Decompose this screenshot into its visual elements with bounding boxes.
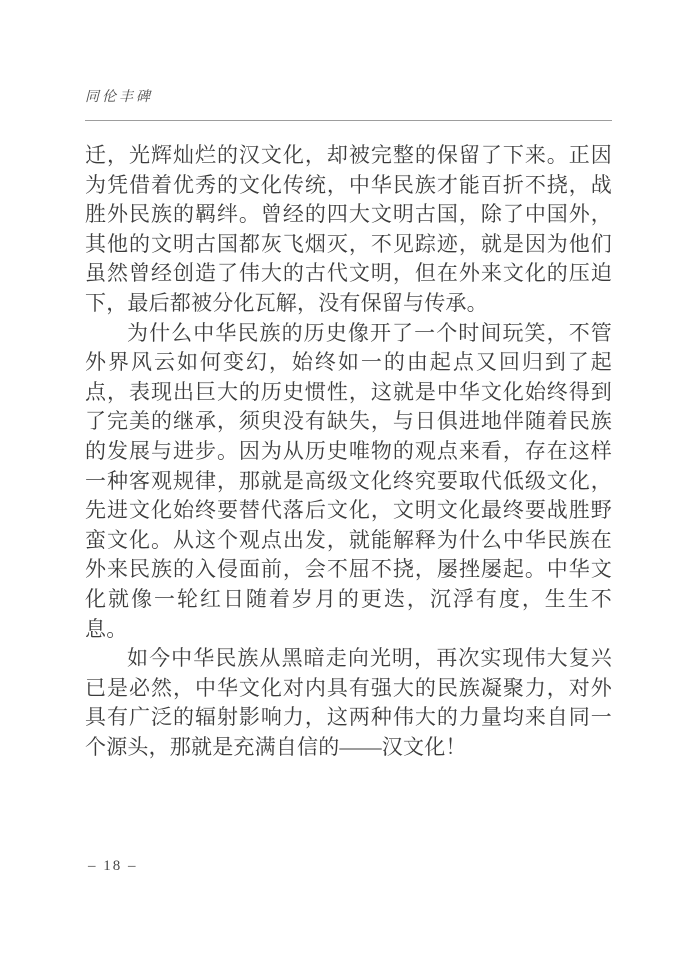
running-header: 同伦丰碑 (85, 88, 612, 108)
page-number: – 18 – (88, 858, 138, 875)
header-rule (85, 120, 612, 121)
body-text: 迁，光辉灿烂的汉文化，却被完整的保留了下来。正因为凭借着优秀的文化传统，中华民族… (85, 141, 612, 762)
paragraph-1: 迁，光辉灿烂的汉文化，却被完整的保留了下来。正因为凭借着优秀的文化传统，中华民族… (85, 141, 612, 319)
running-header-title: 同伦丰碑 (85, 88, 153, 108)
paragraph-3: 如今中华民族从黑暗走向光明，再次实现伟大复兴已是必然，中华文化对内具有强大的民族… (85, 644, 612, 762)
paragraph-2: 为什么中华民族的历史像开了一个时间玩笑，不管外界风云如何变幻，始终如一的由起点又… (85, 319, 612, 645)
book-page: 同伦丰碑 迁，光辉灿烂的汉文化，却被完整的保留了下来。正因为凭借着优秀的文化传统… (0, 0, 692, 968)
